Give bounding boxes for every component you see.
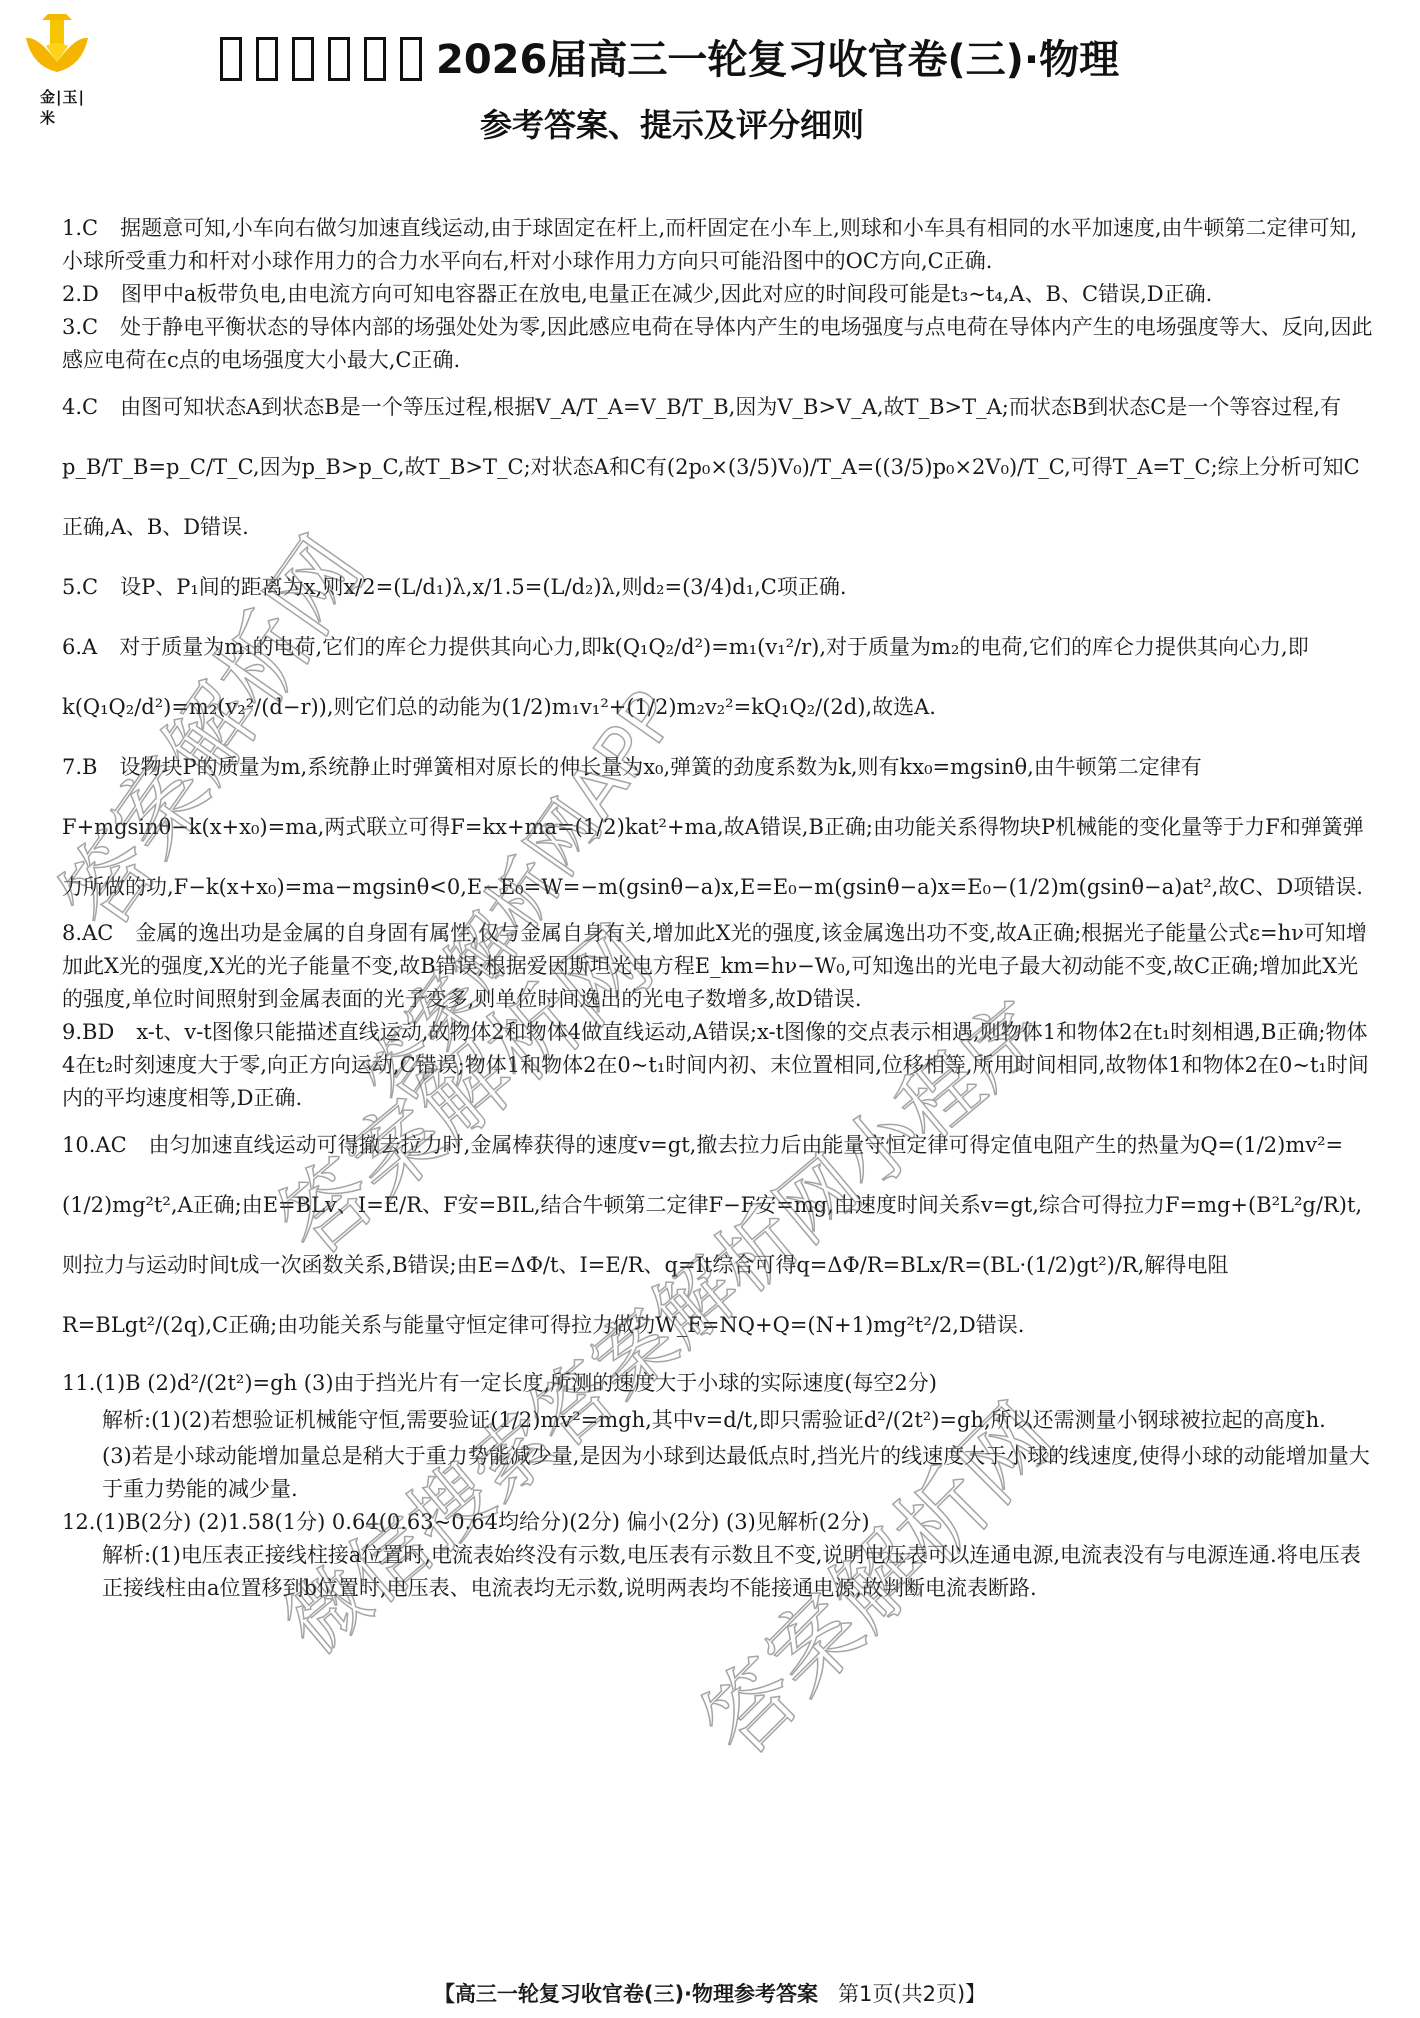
answer-explanation: 据题意可知,小车向右做匀加速直线运动,由于球固定在杆上,而杆固定在小车上,则球和… xyxy=(62,216,1357,273)
answer-item-9: 9.BDx-t、v-t图像只能描述直线运动,故物体2和物体4做直线运动,A错误;… xyxy=(62,1016,1374,1115)
answer-choice: C xyxy=(82,575,98,599)
answer-item-11: 11.(1)B (2)d²/(2t²)=gh (3)由于挡光片有一定长度,所测的… xyxy=(62,1367,1374,1400)
answer-item-7: 7.B设物块P的质量为m,系统静止时弹簧相对原长的伸长量为x₀,弹簧的劲度系数为… xyxy=(62,737,1374,917)
analysis-11-2: (3)若是小球动能增加量总是稍大于重力势能减少量,是因为小球到达最低点时,挡光片… xyxy=(62,1440,1374,1506)
answer-item-2: 2.D图甲中a板带负电,由电流方向可知电容器正在放电,电量正在减少,因此对应的时… xyxy=(62,278,1374,311)
answer-choice: BD xyxy=(82,1020,114,1044)
jinyumi-logo: 金|玉|米 xyxy=(18,10,96,105)
answer-choice: D xyxy=(82,282,99,306)
answer-item-5: 5.C设P、P₁间的距离为x,则x/2=(L/d₁)λ,x/1.5=(L/d₂)… xyxy=(62,557,1374,617)
answer-explanation: 金属的逸出功是金属的自身固有属性,仅与金属自身有关,增加此X光的强度,该金属逸出… xyxy=(62,921,1367,1011)
answer-list: 1.C据题意可知,小车向右做匀加速直线运动,由于球固定在杆上,而杆固定在小车上,… xyxy=(62,212,1374,1605)
analysis-11-1: 解析:(1)(2)若想验证机械能守恒,需要验证(1/2)mv²=mgh,其中v=… xyxy=(62,1400,1374,1440)
document-title: 2026届高三一轮复习收官卷(三)·物理 xyxy=(220,28,1320,85)
page-number: 第1页(共2页)】 xyxy=(838,1982,986,2006)
corn-logo-icon xyxy=(18,10,96,82)
answer-item-6: 6.A对于质量为m₁的电荷,它们的库仑力提供其向心力,即k(Q₁Q₂/d²)=m… xyxy=(62,617,1374,737)
page-footer: 【高三一轮复习收官卷(三)·物理参考答案 第1页(共2页)】 xyxy=(0,1978,1420,2008)
answer-explanation: 处于静电平衡状态的导体内部的场强处处为零,因此感应电荷在导体内产生的电场强度与点… xyxy=(62,315,1372,372)
answer-explanation: 设P、P₁间的距离为x,则x/2=(L/d₁)λ,x/1.5=(L/d₂)λ,则… xyxy=(120,575,846,599)
logo-text: 金|玉|米 xyxy=(40,86,96,128)
answer-choice: B xyxy=(82,755,97,779)
answer-item-12: 12.(1)B(2分) (2)1.58(1分) 0.64(0.63~0.64均给… xyxy=(62,1506,1374,1539)
answer-fill-in: (1)B (2)d²/(2t²)=gh (3)由于挡光片有一定长度,所测的速度大… xyxy=(95,1371,937,1395)
answer-explanation: 图甲中a板带负电,由电流方向可知电容器正在放电,电量正在减少,因此对应的时间段可… xyxy=(121,282,1212,306)
answer-item-10: 10.AC由匀加速直线运动可得撤去拉力时,金属棒获得的速度v=gt,撤去拉力后由… xyxy=(62,1115,1374,1355)
answer-explanation: 由图可知状态A到状态B是一个等压过程,根据V_A/T_A=V_B/T_B,因为V… xyxy=(62,395,1360,539)
answer-item-8: 8.AC金属的逸出功是金属的自身固有属性,仅与金属自身有关,增加此X光的强度,该… xyxy=(62,917,1374,1016)
answer-explanation: 由匀加速直线运动可得撤去拉力时,金属棒获得的速度v=gt,撤去拉力后由能量守恒定… xyxy=(62,1133,1362,1337)
answer-item-4: 4.C由图可知状态A到状态B是一个等压过程,根据V_A/T_A=V_B/T_B,… xyxy=(62,377,1374,557)
answer-fill-in: (1)B(2分) (2)1.58(1分) 0.64(0.63~0.64均给分)(… xyxy=(95,1510,869,1534)
answer-choice: C xyxy=(82,216,98,240)
answer-choice: AC xyxy=(95,1133,126,1157)
answer-item-3: 3.C处于静电平衡状态的导体内部的场强处处为零,因此感应电荷在导体内产生的电场强… xyxy=(62,311,1374,377)
answer-item-1: 1.C据题意可知,小车向右做匀加速直线运动,由于球固定在杆上,而杆固定在小车上,… xyxy=(62,212,1374,278)
title-text: 2026届高三一轮复习收官卷(三)·物理 xyxy=(436,37,1119,83)
answer-choice: C xyxy=(82,395,98,419)
missing-glyph-boxes xyxy=(220,37,436,83)
analysis-12-1: 解析:(1)电压表正接线柱接a位置时,电流表始终没有示数,电压表有示数且不变,说… xyxy=(62,1539,1374,1605)
answer-explanation: x-t、v-t图像只能描述直线运动,故物体2和物体4做直线运动,A错误;x-t图… xyxy=(62,1020,1369,1110)
answer-choice: A xyxy=(82,635,97,659)
answer-explanation: 对于质量为m₁的电荷,它们的库仑力提供其向心力,即k(Q₁Q₂/d²)=m₁(v… xyxy=(62,635,1309,719)
answer-explanation: 设物块P的质量为m,系统静止时弹簧相对原长的伸长量为x₀,弹簧的劲度系数为k,则… xyxy=(62,755,1364,899)
answer-choice: AC xyxy=(82,921,113,945)
document-subtitle: 参考答案、提示及评分细则 xyxy=(480,100,864,146)
answer-choice: C xyxy=(82,315,98,339)
footer-title: 【高三一轮复习收官卷(三)·物理参考答案 xyxy=(434,1982,818,2006)
